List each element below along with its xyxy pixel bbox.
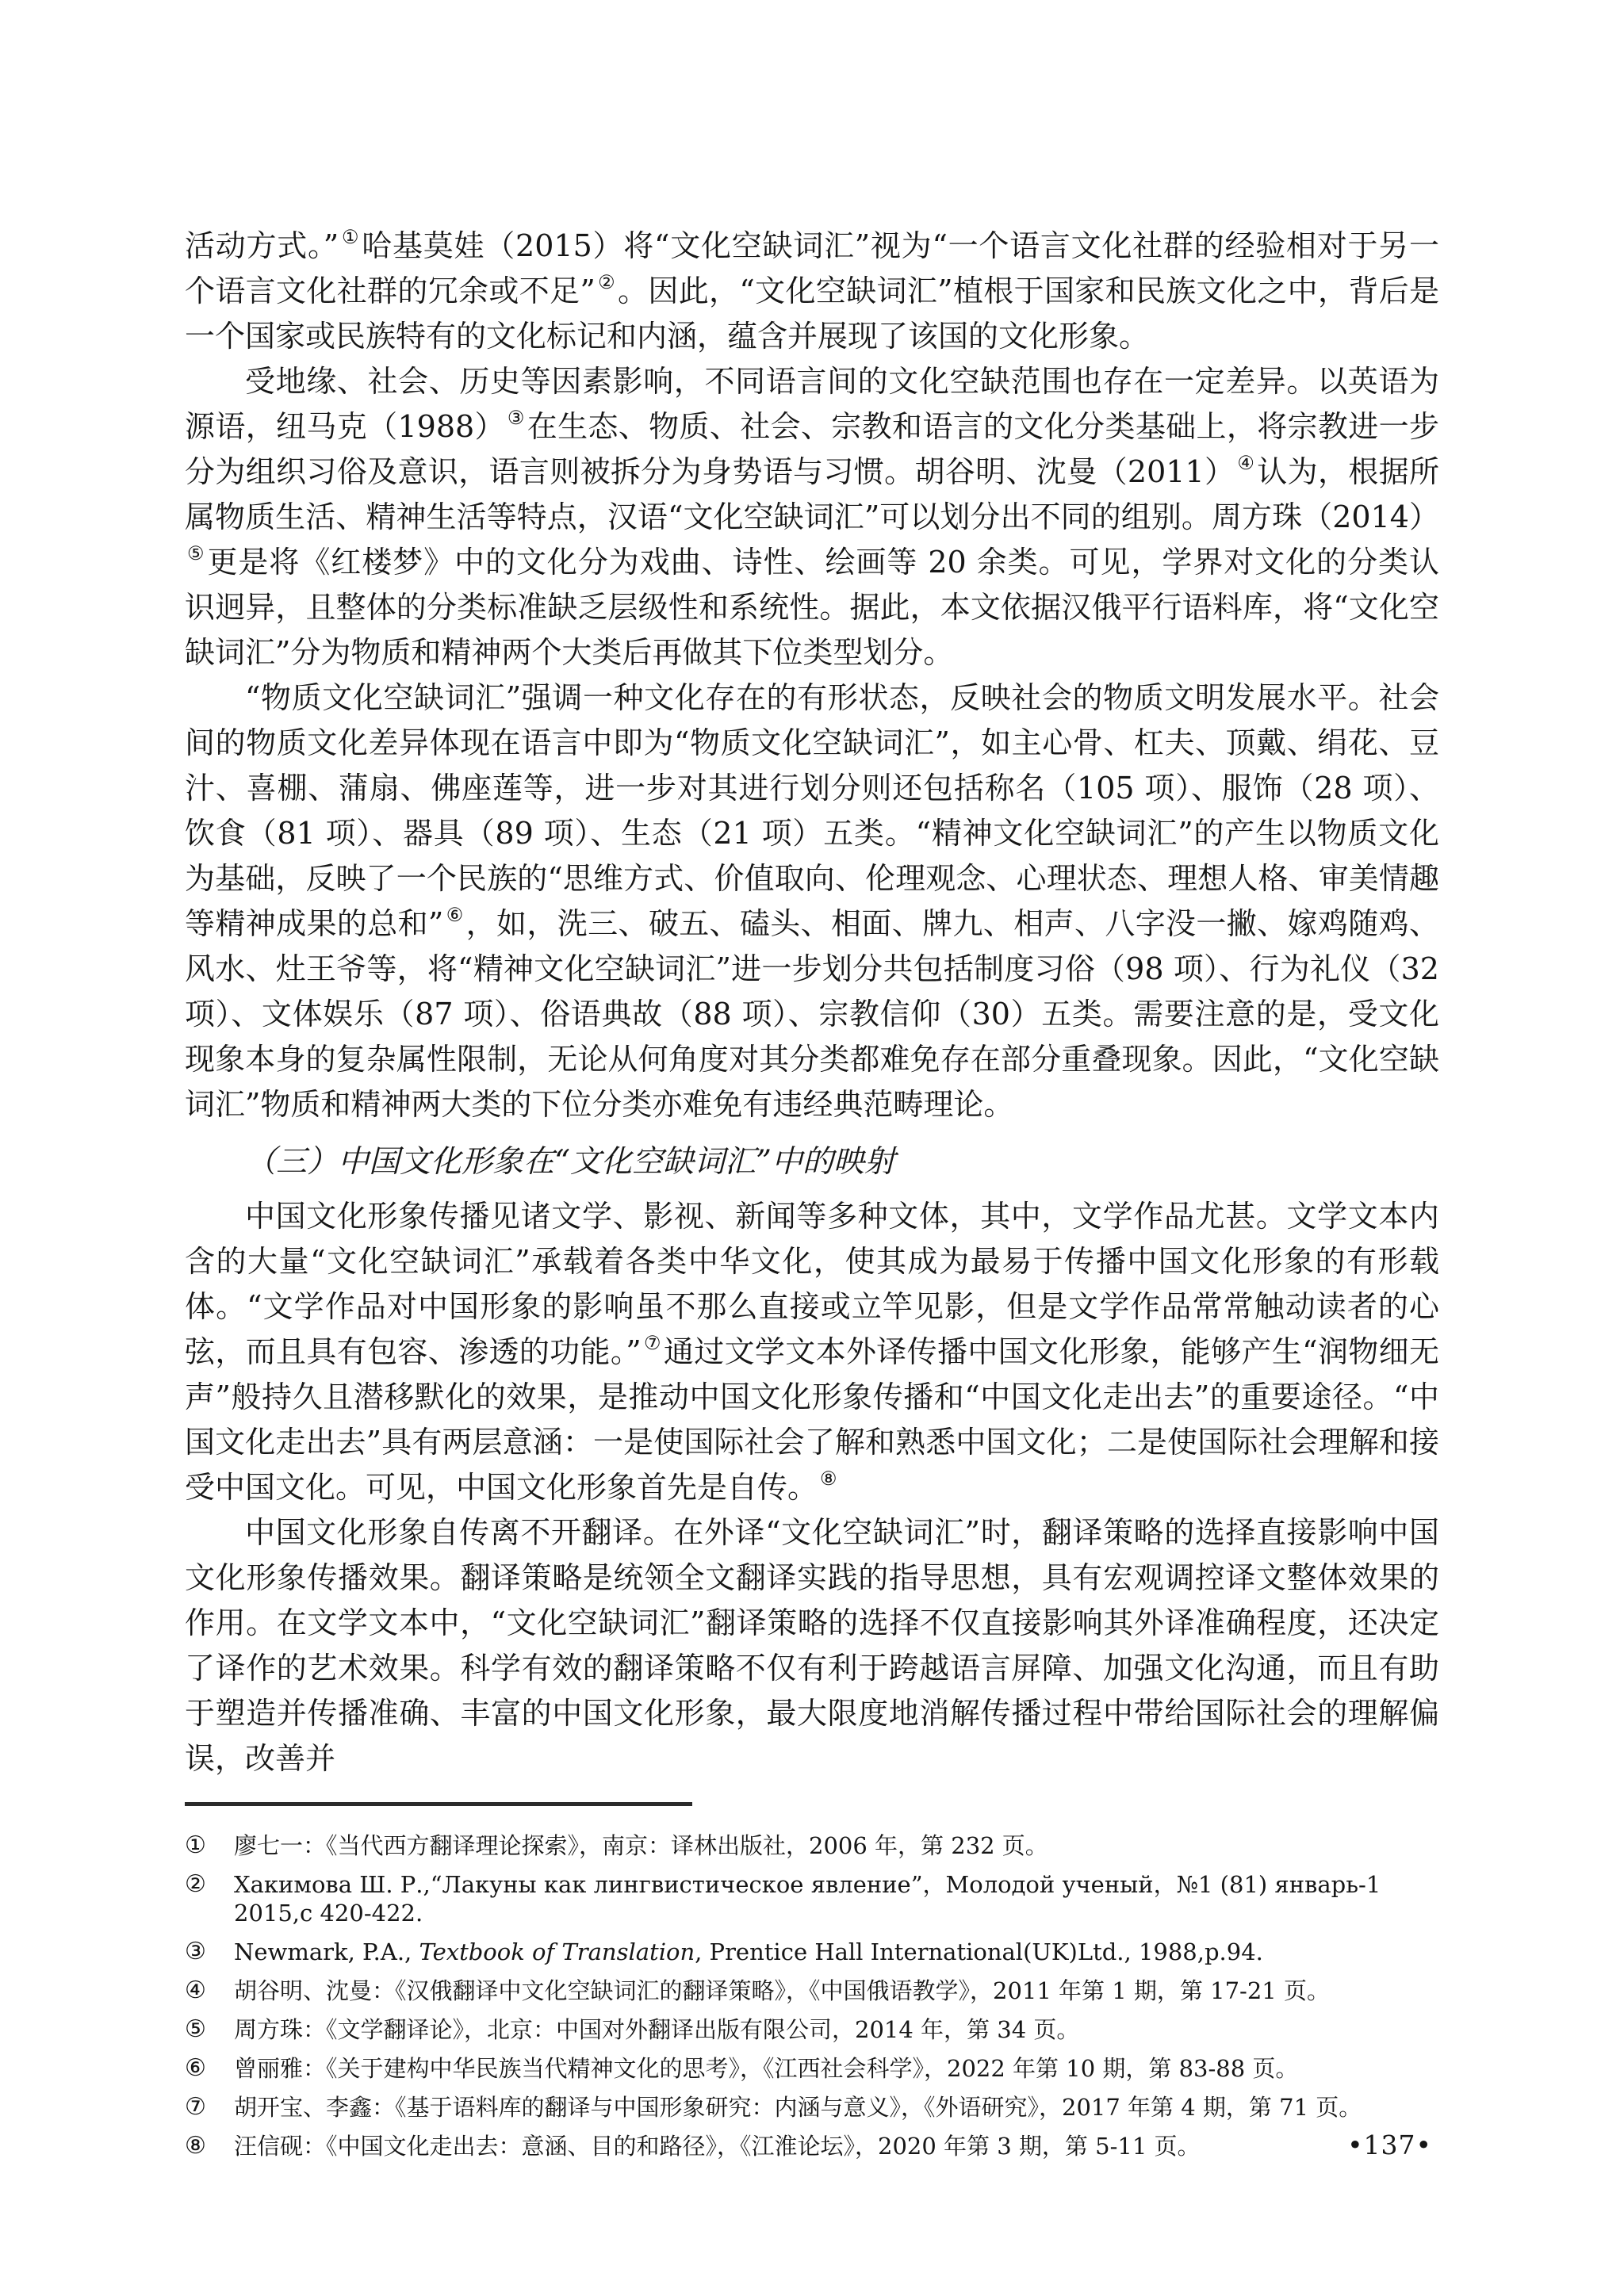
footnote-reference: ① [339,226,362,248]
footnote-item: ⑦胡开宝、李鑫：《基于语料库的翻译与中国形象研究：内涵与意义》，《外语研究》，2… [185,2093,1439,2122]
footnote-reference: ⑧ [818,1468,840,1490]
footnote-marker: ③ [185,1938,234,1966]
footnote-reference: ⑥ [443,904,465,926]
body-paragraph: 中国文化形象自传离不开翻译。在外译“文化空缺词汇”时，翻译策略的选择直接影响中国… [185,1510,1439,1781]
footnote-item: ②Хакимова Ш. Р.,“Лакуны как лингвистичес… [185,1870,1439,1927]
paragraph-container: 活动方式。”①哈基莫娃（2015）将“文化空缺词汇”视为“一个语言文化社群的经验… [185,224,1439,1781]
footnote-text: 曾丽雅：《关于建构中华民族当代精神文化的思考》，《江西社会科学》，2022 年第… [234,2054,1439,2083]
footnote-text: Newmark, P.A., Textbook of Translation, … [234,1938,1439,1966]
article-body: 活动方式。”①哈基莫娃（2015）将“文化空缺词汇”视为“一个语言文化社群的经验… [185,224,1439,2171]
body-paragraph: 受地缘、社会、历史等因素影响，不同语言间的文化空缺范围也存在一定差异。以英语为源… [185,359,1439,675]
page-number: •137• [1347,2130,1432,2160]
footnote-reference: ④ [1235,452,1257,474]
footnote-text: 廖七一：《当代西方翻译理论探索》，南京：译林出版社，2006 年，第 232 页… [234,1831,1439,1860]
footnote-reference: ③ [505,407,527,429]
document-page: 活动方式。”①哈基莫娃（2015）将“文化空缺词汇”视为“一个语言文化社群的经验… [0,0,1624,2296]
footnote-item: ④胡谷明、沈曼：《汉俄翻译中文化空缺词汇的翻译策略》，《中国俄语教学》，2011… [185,1976,1439,2005]
footnote-reference: ⑤ [185,542,207,564]
body-paragraph: “物质文化空缺词汇”强调一种文化存在的有形状态，反映社会的物质文明发展水平。社会… [185,675,1439,1127]
footnote-reference: ② [596,271,618,293]
footnote-text: Хакимова Ш. Р.,“Лакуны как лингвистическ… [234,1870,1439,1927]
footnote-list: ①廖七一：《当代西方翻译理论探索》，南京：译林出版社，2006 年，第 232 … [185,1831,1439,2160]
body-paragraph: 中国文化形象传播见诸文学、影视、新闻等多种文体，其中，文学作品尤甚。文学文本内含… [185,1194,1439,1510]
body-paragraph: 活动方式。”①哈基莫娃（2015）将“文化空缺词汇”视为“一个语言文化社群的经验… [185,224,1439,359]
footnote-item: ①廖七一：《当代西方翻译理论探索》，南京：译林出版社，2006 年，第 232 … [185,1831,1439,1860]
section-heading: （三）中国文化形象在“文化空缺词汇”中的映射 [185,1139,1439,1184]
footnote-item: ⑤周方珠：《文学翻译论》，北京：中国对外翻译出版有限公司，2014 年，第 34… [185,2015,1439,2044]
footnote-marker: ④ [185,1976,234,2005]
footnote-marker: ① [185,1831,234,1860]
footnote-text: 周方珠：《文学翻译论》，北京：中国对外翻译出版有限公司，2014 年，第 34 … [234,2015,1439,2044]
footnote-marker: ⑧ [185,2132,234,2160]
footnote-item: ③Newmark, P.A., Textbook of Translation,… [185,1938,1439,1966]
footnote-item: ⑥曾丽雅：《关于建构中华民族当代精神文化的思考》，《江西社会科学》，2022 年… [185,2054,1439,2083]
footnote-separator [185,1802,692,1806]
footnote-text: 胡谷明、沈曼：《汉俄翻译中文化空缺词汇的翻译策略》，《中国俄语教学》，2011 … [234,1976,1439,2005]
footnote-item: ⑧汪信砚：《中国文化走出去：意涵、目的和路径》，《江淮论坛》，2020 年第 3… [185,2132,1439,2160]
footnote-marker: ⑥ [185,2054,234,2083]
footnote-marker: ⑦ [185,2093,234,2122]
footnote-marker: ② [185,1870,234,1899]
footnote-text: 胡开宝、李鑫：《基于语料库的翻译与中国形象研究：内涵与意义》，《外语研究》，20… [234,2093,1439,2122]
footnote-marker: ⑤ [185,2015,234,2044]
footnote-text: 汪信砚：《中国文化走出去：意涵、目的和路径》，《江淮论坛》，2020 年第 3 … [234,2132,1439,2160]
footnote-reference: ⑦ [642,1332,664,1354]
